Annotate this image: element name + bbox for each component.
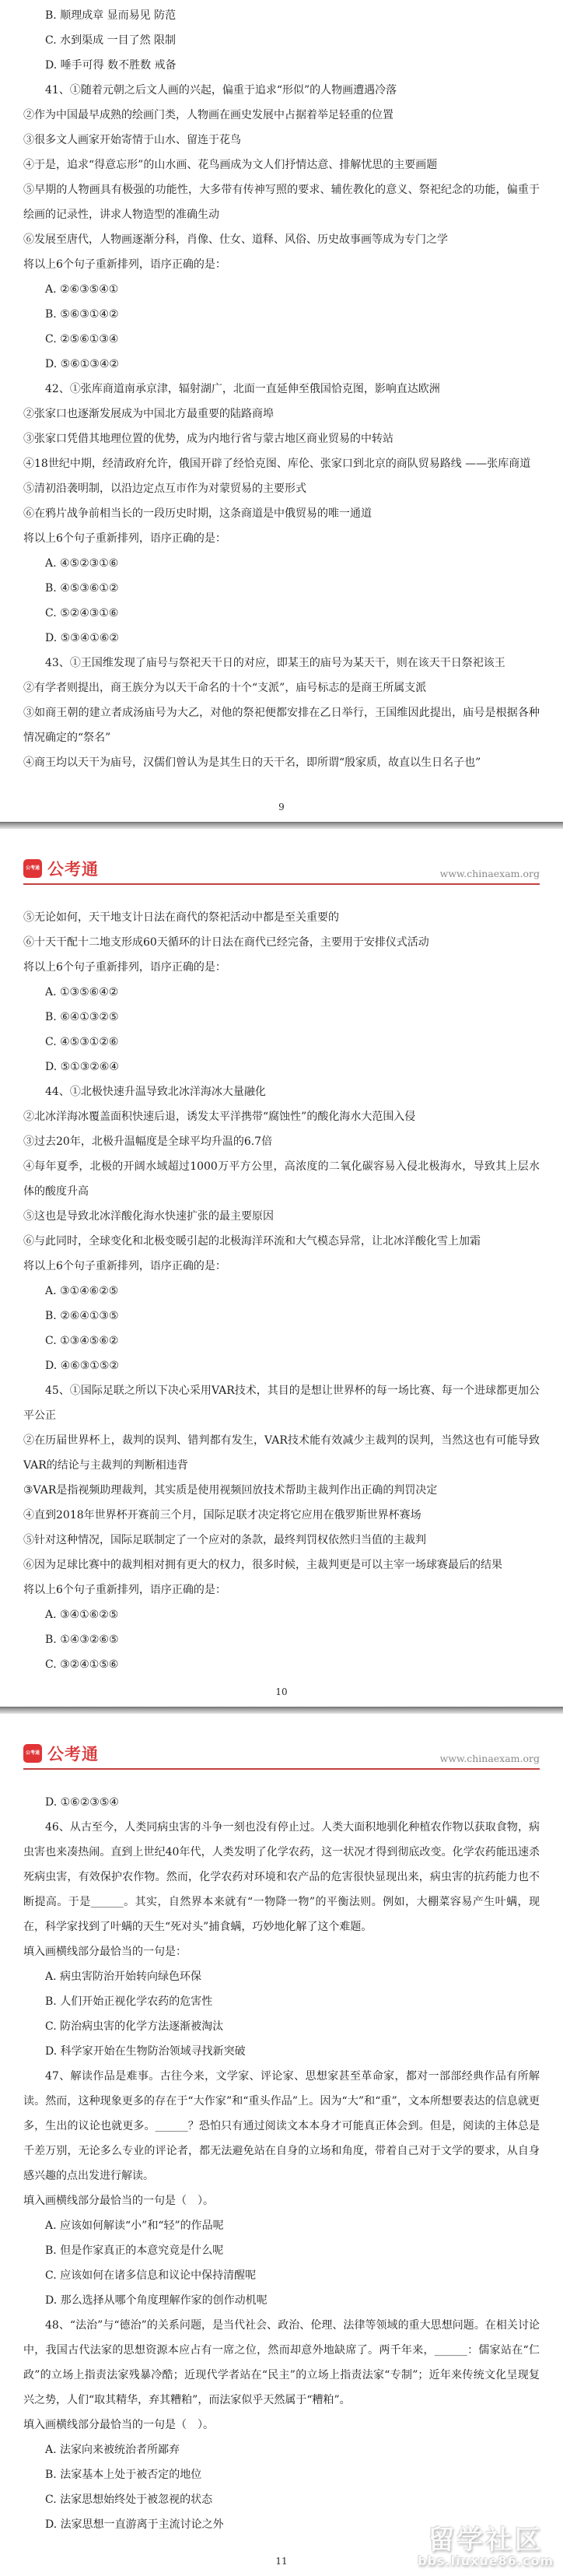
gongkaotong-logo-icon: 公考通	[23, 1744, 42, 1763]
text-line: B. 法家基本上处于被否定的地位	[23, 2462, 540, 2487]
text-line: B. 顺理成章 显而易见 防范	[23, 3, 540, 28]
text-line: ⑤无论如何，天干地支计日法在商代的祭祀活动中都是至关重要的	[23, 905, 540, 930]
site-header: 公考通 公考通 www.chinaexam.org	[23, 857, 540, 885]
text-line: 45、①国际足联之所以下决心采用VAR技术，其目的是想让世界杯的每一场比赛、每一…	[23, 1378, 540, 1428]
text-line: C. 法家思想始终处于被忽视的状态	[23, 2487, 540, 2512]
text-line: A. ④⑤②③①⑥	[23, 551, 540, 576]
text-line: B. ④⑤③⑥①②	[23, 576, 540, 601]
text-line: ④直到2018年世界杯开赛前三个月，国际足联才决定将它应用在俄罗斯世界杯赛场	[23, 1503, 540, 1528]
text-line: B. ⑥④①③②⑤	[23, 1005, 540, 1030]
text-line: 42、①张库商道南承京津，辐射湖广，北面一直延伸至俄国恰克图，影响直达欧洲	[23, 377, 540, 402]
text-line: A. ③①④⑥②⑤	[23, 1279, 540, 1304]
page-number: 10	[0, 1686, 563, 1697]
logo-badge-text: 公考通	[26, 1751, 40, 1756]
text-line: A. 法家向来被统治者所鄙弃	[23, 2437, 540, 2462]
text-line: C. ④⑤③①②⑥	[23, 1030, 540, 1055]
text-line: ③过去20年，北极升温幅度是全球平均升温的6.7倍	[23, 1129, 540, 1154]
text-line: B. 人们开始正视化学农药的危害性	[23, 1989, 540, 2014]
text-line: A. 应该如何解读“小”和“轻”的作品呢	[23, 2213, 540, 2238]
text-line: ④18世纪中期，经清政府允许，俄国开辟了经恰克图、库伦、张家口到北京的商队贸易路…	[23, 451, 540, 476]
page-separator	[0, 1707, 563, 1714]
text-line: 将以上6个句子重新排列，语序正确的是：	[23, 526, 540, 551]
text-line: ⑥因为足球比赛中的裁判相对拥有更大的权力，很多时候，主裁判更是可以主宰一场球赛最…	[23, 1553, 540, 1578]
text-line: D. ⑤①③②⑥④	[23, 1055, 540, 1079]
page-number: 11	[0, 2556, 563, 2567]
text-line: 46、从古至今，人类同病虫害的斗争一刻也没有停止过。人类大面积地驯化种植农作物以…	[23, 1815, 540, 1939]
text-line: ④于是，追求“得意忘形”的山水画、花鸟画成为文人们抒情达意、排解忧思的主要画题	[23, 153, 540, 177]
text-line: D. 唾手可得 数不胜数 戒备	[23, 53, 540, 78]
text-line: C. ②⑤⑥①③④	[23, 327, 540, 352]
text-line: ⑥十天干配十二地支形成60天循环的计日法在商代已经完备，主要用于安排仪式活动	[23, 930, 540, 955]
text-line: 将以上6个句子重新排列，语序正确的是：	[23, 252, 540, 277]
text-line: ⑥与此同时，全球变化和北极变暖引起的北极海洋环流和大气模态异常，让北冰洋酸化雪上…	[23, 1229, 540, 1254]
text-line: D. ⑤③④①⑥②	[23, 626, 540, 651]
page-10: 公考通 公考通 www.chinaexam.org ⑤无论如何，天干地支计日法在…	[0, 829, 563, 1707]
text-line: D. ④⑥③①⑤②	[23, 1353, 540, 1378]
text-line: 48、“法治”与“德治”的关系问题，是当代社会、政治、伦理、法律等领域的重大思想…	[23, 2313, 540, 2413]
text-line: ②张家口也逐渐发展成为中国北方最重要的陆路商埠	[23, 402, 540, 426]
text-line: A. ③④①⑥②⑤	[23, 1602, 540, 1627]
page-separator	[0, 822, 563, 829]
text-line: ⑤清初沿袭明制，以沿边定点互市作为对蒙贸易的主要形式	[23, 476, 540, 501]
site-header: 公考通 公考通 www.chinaexam.org	[23, 1742, 540, 1770]
text-line: C. 防治病虫害的化学方法逐渐被淘汰	[23, 2014, 540, 2039]
text-line: 填入画横线部分最恰当的一句是（ ）。	[23, 2188, 540, 2213]
text-line: C. 应该如何在诸多信息和议论中保持清醒呢	[23, 2263, 540, 2288]
site-url: www.chinaexam.org	[440, 1753, 540, 1765]
text-line: 将以上6个句子重新排列，语序正确的是：	[23, 1578, 540, 1602]
text-line: 填入画横线部分最恰当的一句是（ ）。	[23, 2413, 540, 2437]
text-line: C. ③②④①⑤⑥	[23, 1652, 540, 1677]
text-line: B. 但是作家真正的本意究竟是什么呢	[23, 2238, 540, 2263]
text-line: ②作为中国最早成熟的绘画门类，人物画在画史发展中占据着举足轻重的位置	[23, 103, 540, 128]
page-9-content: B. 顺理成章 显而易见 防范C. 水到渠成 一目了然 限制D. 唾手可得 数不…	[0, 0, 563, 775]
brand-name: 公考通	[47, 857, 99, 880]
text-line: 44、①北极快速升温导致北冰洋海冰大量融化	[23, 1079, 540, 1104]
brand: 公考通 公考通	[23, 1742, 99, 1765]
text-line: ②在历届世界杯上，裁判的误判、错判都有发生，VAR技术能有效减少主裁判的误判，当…	[23, 1428, 540, 1478]
logo-badge-text: 公考通	[26, 866, 40, 871]
text-line: ⑥在鸦片战争前相当长的一段历史时期，这条商道是中俄贸易的唯一通道	[23, 501, 540, 526]
text-line: B. ⑤⑥③①④②	[23, 302, 540, 327]
text-line: 43、①王国维发现了庙号与祭祀天干日的对应，即某王的庙号为某天干，则在该天干日祭…	[23, 651, 540, 676]
text-line: ⑤针对这种情况，国际足联制定了一个应对的条款，最终判罚权依然归当值的主裁判	[23, 1528, 540, 1553]
page-number: 9	[0, 802, 563, 812]
text-line: A. ②⑥③⑤④①	[23, 277, 540, 302]
site-url: www.chinaexam.org	[440, 868, 540, 880]
text-line: ⑤这也是导致北冰洋酸化海水快速扩张的最主要原因	[23, 1204, 540, 1229]
page-9: B. 顺理成章 显而易见 防范C. 水到渠成 一目了然 限制D. 唾手可得 数不…	[0, 0, 563, 822]
text-line: 将以上6个句子重新排列，语序正确的是：	[23, 955, 540, 980]
text-line: D. ⑤⑥①③④②	[23, 352, 540, 377]
text-line: B. ②⑥④①③⑤	[23, 1304, 540, 1328]
page-10-content: ⑤无论如何，天干地支计日法在商代的祭祀活动中都是至关重要的⑥十天干配十二地支形成…	[0, 885, 563, 1677]
text-line: ④每年夏季，北极的开阔水域超过1000万平方公里，高浓度的二氧化碳容易入侵北极海…	[23, 1154, 540, 1204]
page-11-content: D. ①⑥②③⑤④46、从古至今，人类同病虫害的斗争一刻也没有停止过。人类大面积…	[0, 1770, 563, 2537]
text-line: A. 病虫害防治开始转向绿色环保	[23, 1964, 540, 1989]
exam-document: B. 顺理成章 显而易见 防范C. 水到渠成 一目了然 限制D. 唾手可得 数不…	[0, 0, 563, 2576]
text-line: 47、解读作品是难事。古往今来，文学家、评论家、思想家甚至革命家，都对一部部经典…	[23, 2064, 540, 2188]
text-line: 将以上6个句子重新排列，语序正确的是：	[23, 1254, 540, 1279]
brand-name: 公考通	[47, 1742, 99, 1765]
page-11: 公考通 公考通 www.chinaexam.org D. ①⑥②③⑤④46、从古…	[0, 1714, 563, 2576]
text-line: 41、①随着元朝之后文人画的兴起，偏重于追求“形似”的人物画遭遇冷落	[23, 78, 540, 103]
text-line: C. ⑤②④③①⑥	[23, 601, 540, 626]
brand: 公考通 公考通	[23, 857, 99, 880]
text-line: D. ①⑥②③⑤④	[23, 1790, 540, 1815]
text-line: C. 水到渠成 一目了然 限制	[23, 28, 540, 53]
text-line: ②有学者则提出，商王族分为以天干命名的十个“支派”，庙号标志的是商王所属支派	[23, 676, 540, 700]
text-line: ④商王均以天干为庙号，汉儒们曾认为是其生日的天干名，即所谓“殷家质，故直以生日名…	[23, 750, 540, 775]
text-line: ③很多文人画家开始寄情于山水、留连于花鸟	[23, 128, 540, 153]
text-line: 填入画横线部分最恰当的一句是：	[23, 1939, 540, 1964]
text-line: ⑥发展至唐代，人物画逐渐分科，肖像、仕女、道释、风俗、历史故事画等成为专门之学	[23, 227, 540, 252]
gongkaotong-logo-icon: 公考通	[23, 859, 42, 878]
text-line: ②北冰洋海冰覆盖面积快速后退，诱发太平洋携带“腐蚀性”的酸化海水大范围入侵	[23, 1104, 540, 1129]
text-line: D. 科学家开始在生物防治领域寻找新突破	[23, 2039, 540, 2064]
text-line: D. 那么选择从哪个角度理解作家的创作动机呢	[23, 2288, 540, 2313]
text-line: ③如商王朝的建立者成汤庙号为大乙，对他的祭祀便都安排在乙日举行，王国维因此提出，…	[23, 700, 540, 750]
text-line: ③VAR是指视频助理裁判，其实质是使用视频回放技术帮助主裁判作出正确的判罚决定	[23, 1478, 540, 1503]
text-line: A. ①③⑤⑥④②	[23, 980, 540, 1005]
watermark-title: 留学社区	[418, 2518, 554, 2557]
text-line: ③张家口凭借其地理位置的优势，成为内地行省与蒙古地区商业贸易的中转站	[23, 426, 540, 451]
text-line: B. ①④③②⑥⑤	[23, 1627, 540, 1652]
text-line: C. ①③④⑤⑥②	[23, 1328, 540, 1353]
text-line: ⑤早期的人物画具有极强的功能性，大多带有传神写照的要求、辅佐教化的意义、祭祀纪念…	[23, 177, 540, 227]
